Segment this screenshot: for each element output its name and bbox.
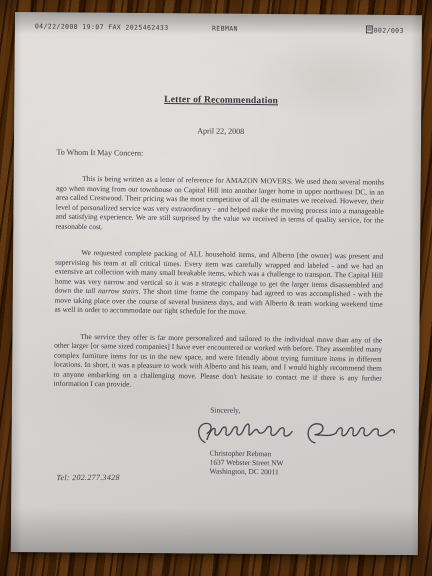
fax-timestamp: 04/22/2008 19:07 FAX 2025462433	[35, 22, 212, 32]
salutation: To Whom It May Concern:	[56, 148, 384, 161]
fax-header: 04/22/2008 19:07 FAX 2025462433 REBMAN 0…	[15, 11, 422, 36]
closing-block: Sincerely, Christopher Rebman 1637 Webst…	[53, 403, 382, 477]
telephone-number: Tel: 202.277.3428	[57, 472, 120, 481]
fax-sender-name: REBMAN	[212, 25, 323, 34]
closing-salutation: Sincerely,	[210, 405, 381, 416]
letter-date: April 22, 2008	[57, 125, 385, 138]
letter-body: Letter of Recommendation April 22, 2008 …	[11, 93, 423, 477]
paragraph-2-italic-phrase: tall narrow stairs	[85, 286, 138, 296]
signer-block: Christopher Rebman 1637 Webster Street N…	[210, 448, 381, 477]
signer-address-line2: Washington, DC 20011	[210, 466, 381, 477]
fax-page-number: 002/003	[374, 26, 404, 34]
fax-page-count: 002/003	[323, 25, 404, 36]
fax-page-icon	[366, 25, 373, 35]
paragraph-3: The service they offer is far more perso…	[54, 331, 383, 392]
paragraph-2: We requested complete packing of ALL hou…	[54, 248, 383, 319]
photo-wood-desk-background: 04/22/2008 19:07 FAX 2025462433 REBMAN 0…	[0, 0, 432, 576]
paragraph-1: This is being written as a letter of ref…	[56, 174, 385, 235]
handwritten-signature	[193, 416, 381, 450]
fax-letter-page: 04/22/2008 19:07 FAX 2025462433 REBMAN 0…	[11, 12, 422, 555]
letter-title: Letter of Recommendation	[57, 94, 385, 108]
